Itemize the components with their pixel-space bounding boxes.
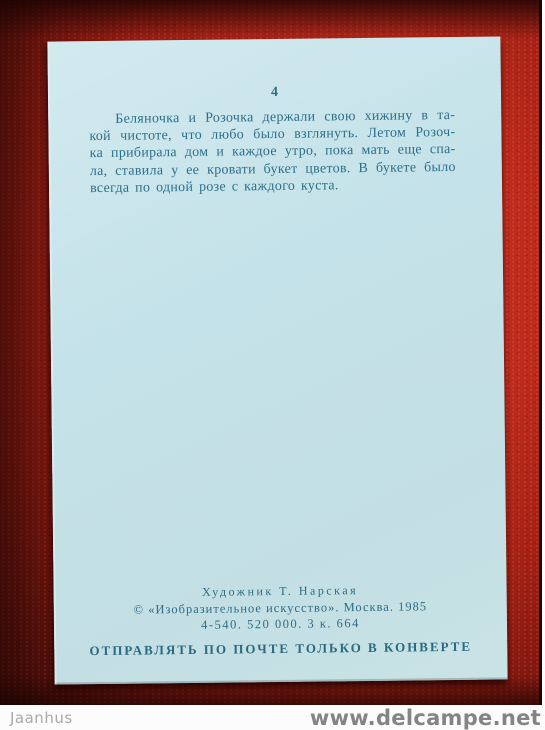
mail-notice: ОТПРАВЛЯТЬ ПО ПОЧТЕ ТОЛЬКО В КОНВЕРТЕ bbox=[54, 638, 507, 659]
watermark-seller: Jaanhus bbox=[10, 709, 73, 727]
text-line: всегда по одной розе с каждого куста. bbox=[90, 176, 456, 197]
postcard-photo: 4 Беляночка и Розочка держали свою хижин… bbox=[0, 0, 545, 730]
page-number: 4 bbox=[48, 82, 501, 103]
postcard: 4 Беляночка и Розочка держали свою хижин… bbox=[47, 36, 507, 684]
watermark-strip: Jaanhus www.delcampe.net bbox=[0, 705, 545, 730]
postcard-text: Беляночка и Розочка держали свою хижину … bbox=[89, 107, 456, 197]
colophon: Художник Т. Нарская © «Изобразительное и… bbox=[54, 581, 508, 659]
watermark-site: www.delcampe.net bbox=[310, 706, 541, 730]
